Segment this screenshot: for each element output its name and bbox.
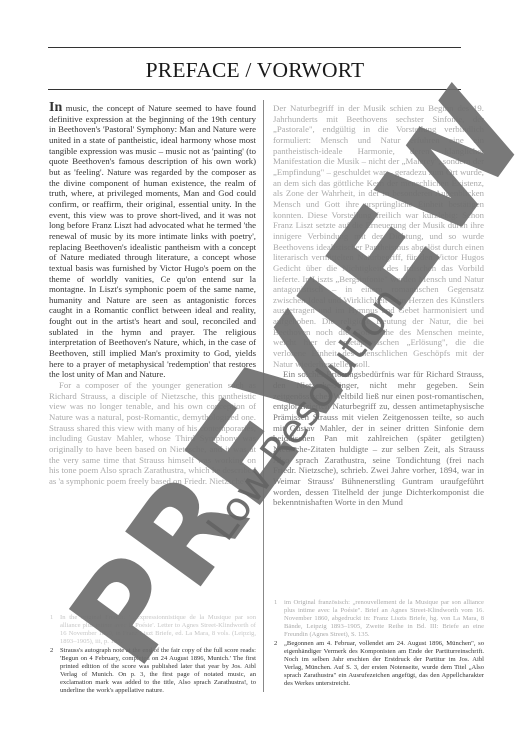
column-divider [263, 100, 264, 692]
bottom-rule [48, 89, 461, 90]
footnote-text: im Original französisch: „renouvellement… [284, 599, 484, 638]
footnote-number: 1 [274, 599, 277, 607]
footnote-number: 2 [50, 647, 53, 655]
footnote: 2 „Begonnen am 4. Februar, vollendet am … [284, 640, 484, 688]
footnote-text: Strauss's autograph note at the end of t… [60, 647, 256, 694]
footnote-text: In the original French: '…expressionnist… [60, 614, 256, 645]
footnote: 1 im Original französisch: „renouvelleme… [284, 599, 484, 639]
english-column: In music, the concept of Nature seemed t… [49, 103, 256, 487]
footnote: 2 Strauss's autograph note at the end of… [60, 647, 256, 695]
german-paragraph-1: Der Naturbegriff in der Musik schien zu … [273, 103, 484, 369]
german-footnotes: 1 im Original französisch: „renouvelleme… [284, 599, 484, 689]
footnote: 1 In the original French: '…expressionni… [60, 614, 256, 646]
page-title: PREFACE / VORWORT [0, 58, 510, 83]
footnote-number: 2 [274, 640, 277, 648]
english-paragraph-1-text: music, the concept of Nature seemed to h… [49, 103, 256, 379]
english-paragraph-1: In music, the concept of Nature seemed t… [49, 103, 256, 380]
footnote-text: „Begonnen am 4. Februar, vollendet am 24… [284, 640, 484, 687]
footnote-number: 1 [50, 614, 53, 622]
english-paragraph-2: For a composer of the younger generation… [49, 380, 256, 487]
english-footnotes: 1 In the original French: '…expressionni… [60, 614, 256, 696]
german-paragraph-2: Ein solches Erlösungsbedürfnis war für R… [273, 369, 484, 508]
top-rule [48, 47, 461, 48]
german-column: Der Naturbegriff in der Musik schien zu … [273, 103, 484, 508]
